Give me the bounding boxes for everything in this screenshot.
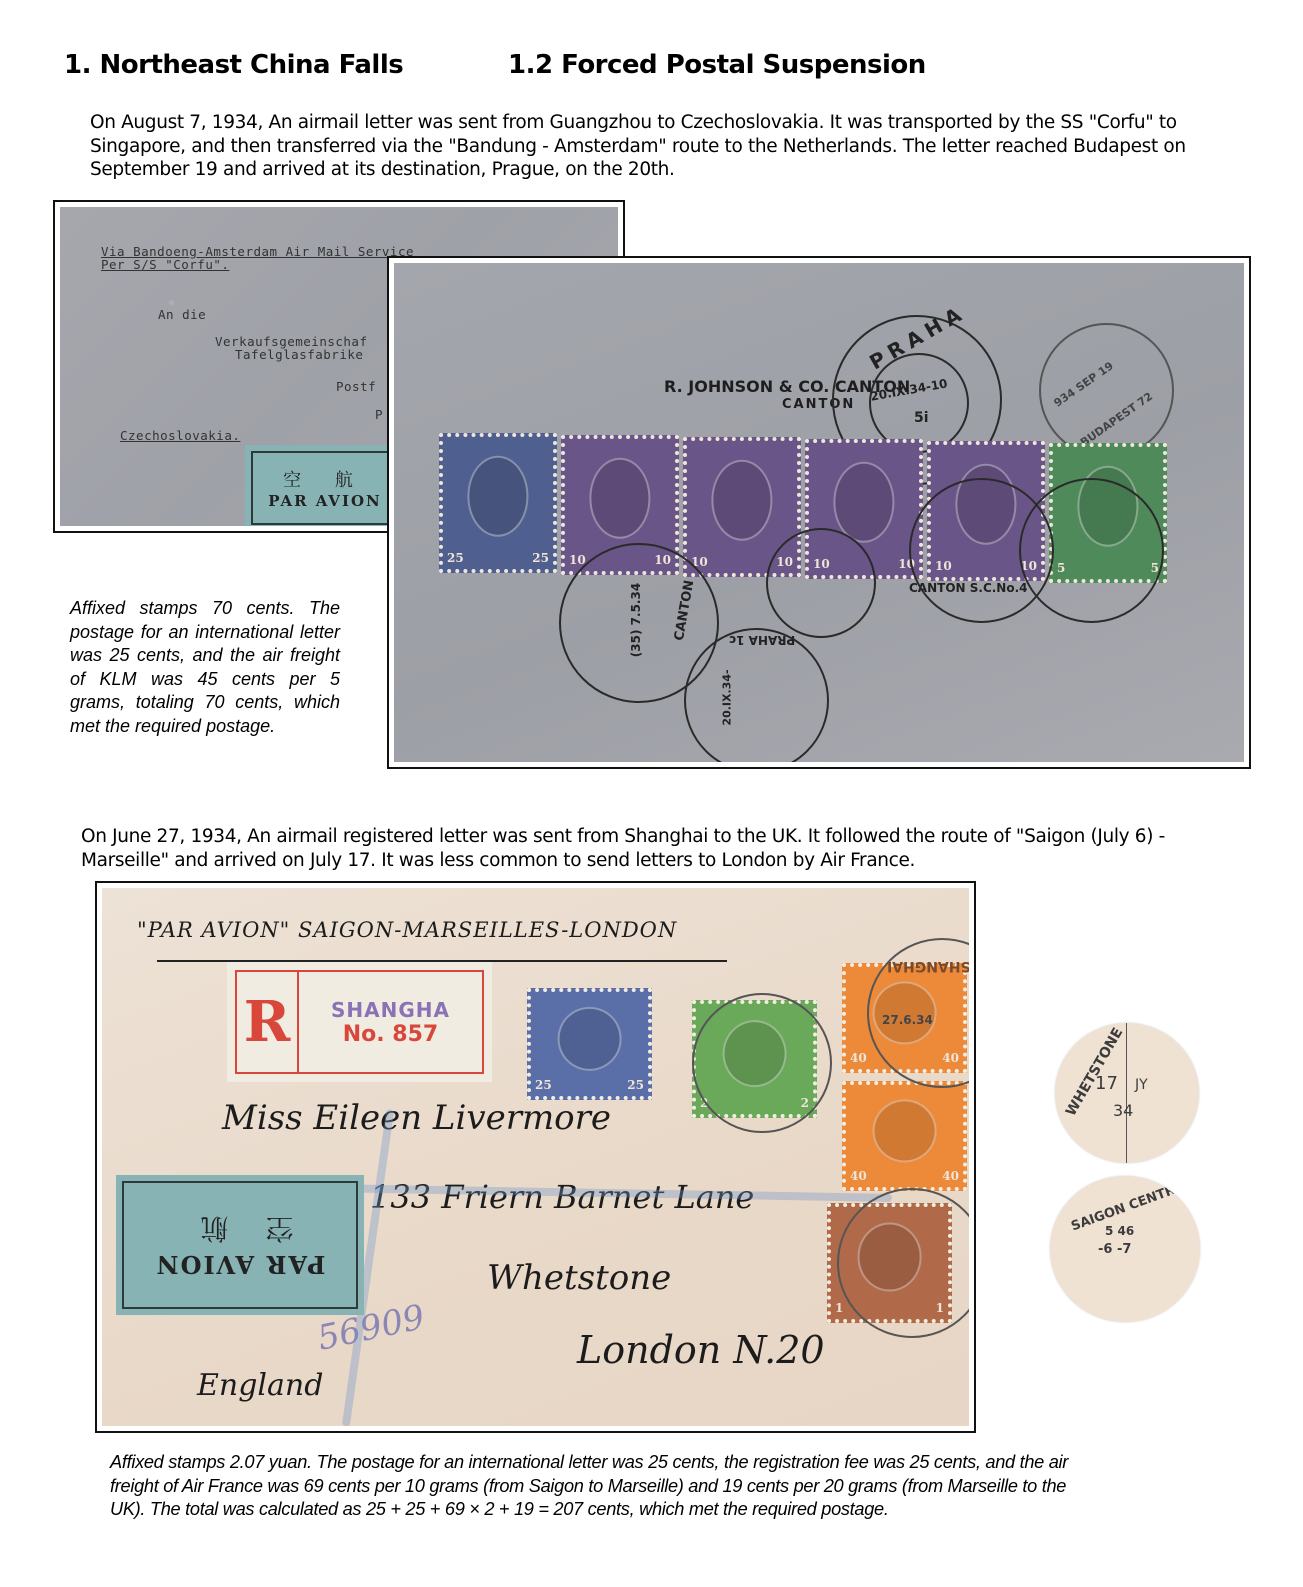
stamp-portrait bbox=[467, 456, 528, 537]
cover1-back-photo: R. JOHNSON & CO. CANTON CANTON PRAHA 20.… bbox=[387, 256, 1251, 769]
stamp-value: 25 bbox=[532, 551, 549, 565]
airmail-label-chinese-cover2: 空 航 bbox=[187, 1211, 294, 1251]
cover2-photo: "PAR AVION" SAIGON-MARSEILLES-LONDON R S… bbox=[95, 881, 976, 1433]
stamp-value: 25 bbox=[627, 1078, 644, 1092]
whetstone-day: 17 bbox=[1095, 1073, 1118, 1094]
postmark-praha-tel-text: PRAHA 1c bbox=[729, 633, 795, 647]
receiving-mark-saigon: SAIGON CENTRAL 5 46 -6 -7 bbox=[1050, 1176, 1200, 1322]
address-country: England bbox=[197, 1368, 323, 1403]
stamp-portrait bbox=[833, 462, 894, 543]
postmark-budapest bbox=[1039, 323, 1174, 458]
envelope-cover2: "PAR AVION" SAIGON-MARSEILLES-LONDON R S… bbox=[102, 888, 969, 1426]
stamp-portrait bbox=[557, 1007, 622, 1071]
typed-country: Czechoslovakia. bbox=[120, 428, 240, 443]
postmark-shanghai-1 bbox=[692, 993, 832, 1133]
postmark-praha-telegraph bbox=[684, 628, 829, 762]
stamp: 2525 bbox=[439, 433, 557, 573]
subsection-title: 1.2 Forced Postal Suspension bbox=[508, 50, 926, 80]
stamp-value: 40 bbox=[850, 1169, 867, 1183]
stamp-portrait bbox=[711, 460, 772, 541]
address-line1: Miss Eileen Livermore bbox=[222, 1098, 611, 1138]
par-avion-label: 空 航 PAR AVION bbox=[245, 445, 405, 526]
postmark-praha-tel-date: 20.IX.34- bbox=[721, 669, 734, 725]
address-line3: Whetstone bbox=[487, 1258, 671, 1298]
cover2-caption-line2: freight of Air France was 69 cents per 1… bbox=[110, 1475, 1210, 1499]
stamp-value: 25 bbox=[535, 1078, 552, 1092]
typed-addressee-prefix: An die bbox=[158, 307, 206, 322]
stamp-value: 25 bbox=[447, 551, 464, 565]
registration-r: R bbox=[237, 972, 299, 1072]
registration-city: SHANGHA bbox=[331, 998, 450, 1022]
stamp-value: 40 bbox=[942, 1169, 959, 1183]
typed-addressee-line2: Tafelglasfabrike bbox=[235, 347, 363, 362]
postmark-chinese bbox=[766, 528, 876, 638]
cover1-description: On August 7, 1934, An airmail letter was… bbox=[90, 111, 1220, 182]
cover2-caption: Affixed stamps 2.07 yuan. The postage fo… bbox=[110, 1451, 1210, 1522]
address-line4: London N.20 bbox=[577, 1328, 825, 1372]
receiving-mark-whetstone: WHETSTONE 17 JY 34 bbox=[1055, 1023, 1199, 1163]
fold-line bbox=[1126, 1023, 1127, 1163]
typed-city: P bbox=[375, 407, 383, 422]
par-avion-label-cover2: PAR AVION 空 航 bbox=[116, 1175, 364, 1315]
postmark-shanghai-text: SHANGHAI bbox=[887, 958, 969, 974]
cover2-caption-line1: Affixed stamps 2.07 yuan. The postage fo… bbox=[110, 1451, 1210, 1475]
stamp: 2525 bbox=[527, 988, 652, 1100]
cover2-caption-line3: UK). The total was calculated as 25 + 25… bbox=[110, 1498, 1210, 1522]
whetstone-month: JY bbox=[1135, 1077, 1148, 1093]
postmark-praha-number: 5i bbox=[914, 410, 929, 426]
typed-postfach: Postf bbox=[336, 379, 376, 394]
registration-number: No. 857 bbox=[343, 1022, 438, 1047]
postmark-canton-sc-circle-2 bbox=[1019, 478, 1164, 623]
stamp-portrait bbox=[589, 458, 650, 539]
saigon-line1: 5 46 bbox=[1105, 1224, 1134, 1238]
envelope-back: R. JOHNSON & CO. CANTON CANTON PRAHA 20.… bbox=[394, 263, 1244, 762]
saigon-line2: -6 -7 bbox=[1098, 1242, 1131, 1257]
airmail-label-french: PAR AVION bbox=[268, 492, 382, 510]
airmail-label-french-cover2: PAR AVION bbox=[155, 1251, 326, 1280]
stamp-value: 40 bbox=[850, 1051, 867, 1065]
postmark-canton-date: (35) 7.5.34 bbox=[629, 583, 643, 657]
airmail-label-chinese: 空 航 bbox=[283, 466, 367, 492]
whetstone-year: 34 bbox=[1113, 1101, 1133, 1120]
handwritten-route: "PAR AVION" SAIGON-MARSEILLES-LONDON bbox=[137, 918, 677, 942]
cover2-description: On June 27, 1934, An airmail registered … bbox=[81, 825, 1221, 872]
registration-label: R SHANGHA No. 857 bbox=[227, 962, 492, 1082]
postmark-shanghai-date: 27.6.34 bbox=[882, 1013, 933, 1027]
typed-ship-line: Per S/S "Corfu". bbox=[101, 257, 229, 272]
stamp: 4040 bbox=[842, 1081, 967, 1191]
stamp-value: 1 bbox=[835, 1301, 843, 1315]
section-title: 1. Northeast China Falls bbox=[64, 50, 403, 80]
stamp-portrait bbox=[872, 1099, 937, 1162]
cover1-caption: Affixed stamps 70 cents. The postage for… bbox=[70, 597, 340, 738]
